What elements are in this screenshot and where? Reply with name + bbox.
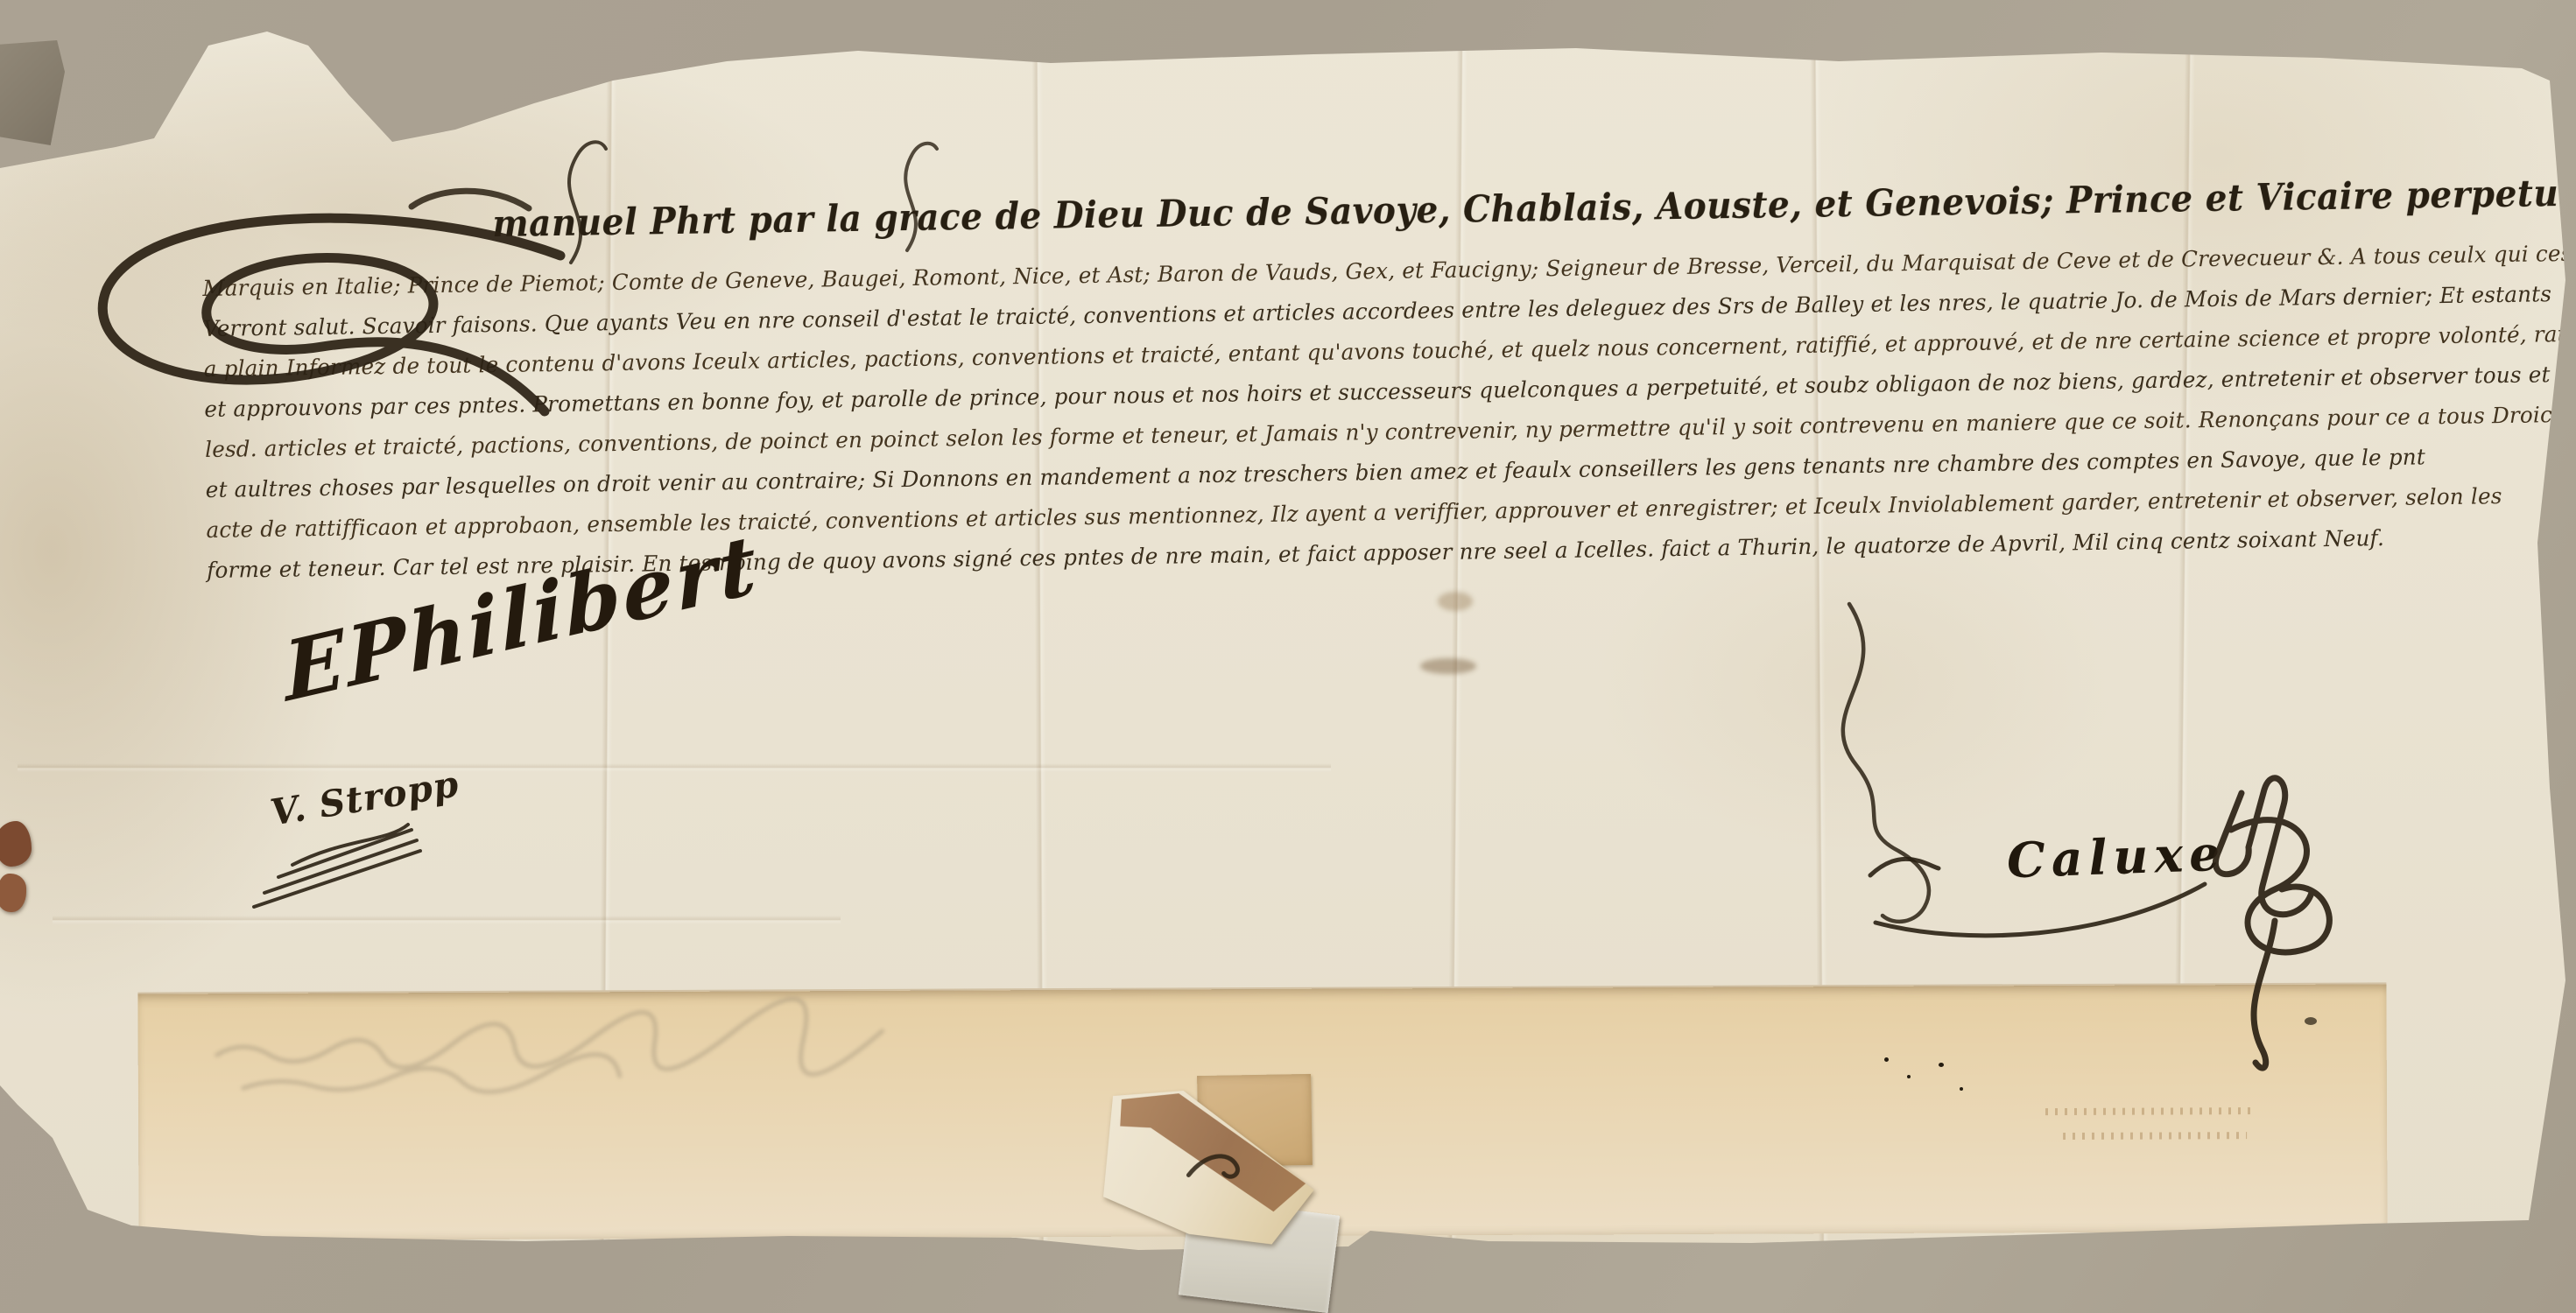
ink-speck [2305, 1017, 2317, 1025]
seal-tag-folded [1101, 1087, 1328, 1247]
charter-text: E manuel Phrt par la grace de Dieu Duc d… [201, 172, 2562, 591]
wax-remnant-left-edge [0, 821, 32, 867]
signature-stroppiana: V. Stropp [268, 762, 462, 833]
heading-line: manuel Phrt par la grace de Dieu Duc de … [492, 174, 2412, 246]
ink-smudge [1420, 658, 1476, 674]
ink-speck [1884, 1057, 1889, 1062]
ink-speck [1960, 1087, 1963, 1091]
fold-crease [18, 763, 1331, 772]
photograph-of-charter: E manuel Phrt par la grace de Dieu Duc d… [0, 0, 2576, 1313]
ink-speck [1907, 1075, 1911, 1078]
tag-ink-mark [1101, 1087, 1328, 1247]
signature-secretary-caluxe: Caluxe [2006, 825, 2227, 889]
body-text: Marquis en Italie; Prince de Piemot; Com… [202, 234, 2562, 591]
brown-stain [1438, 592, 1473, 611]
fold-crease [53, 916, 841, 924]
parchment-fragment-top-left [0, 40, 65, 145]
ink-speck [1939, 1063, 1944, 1067]
